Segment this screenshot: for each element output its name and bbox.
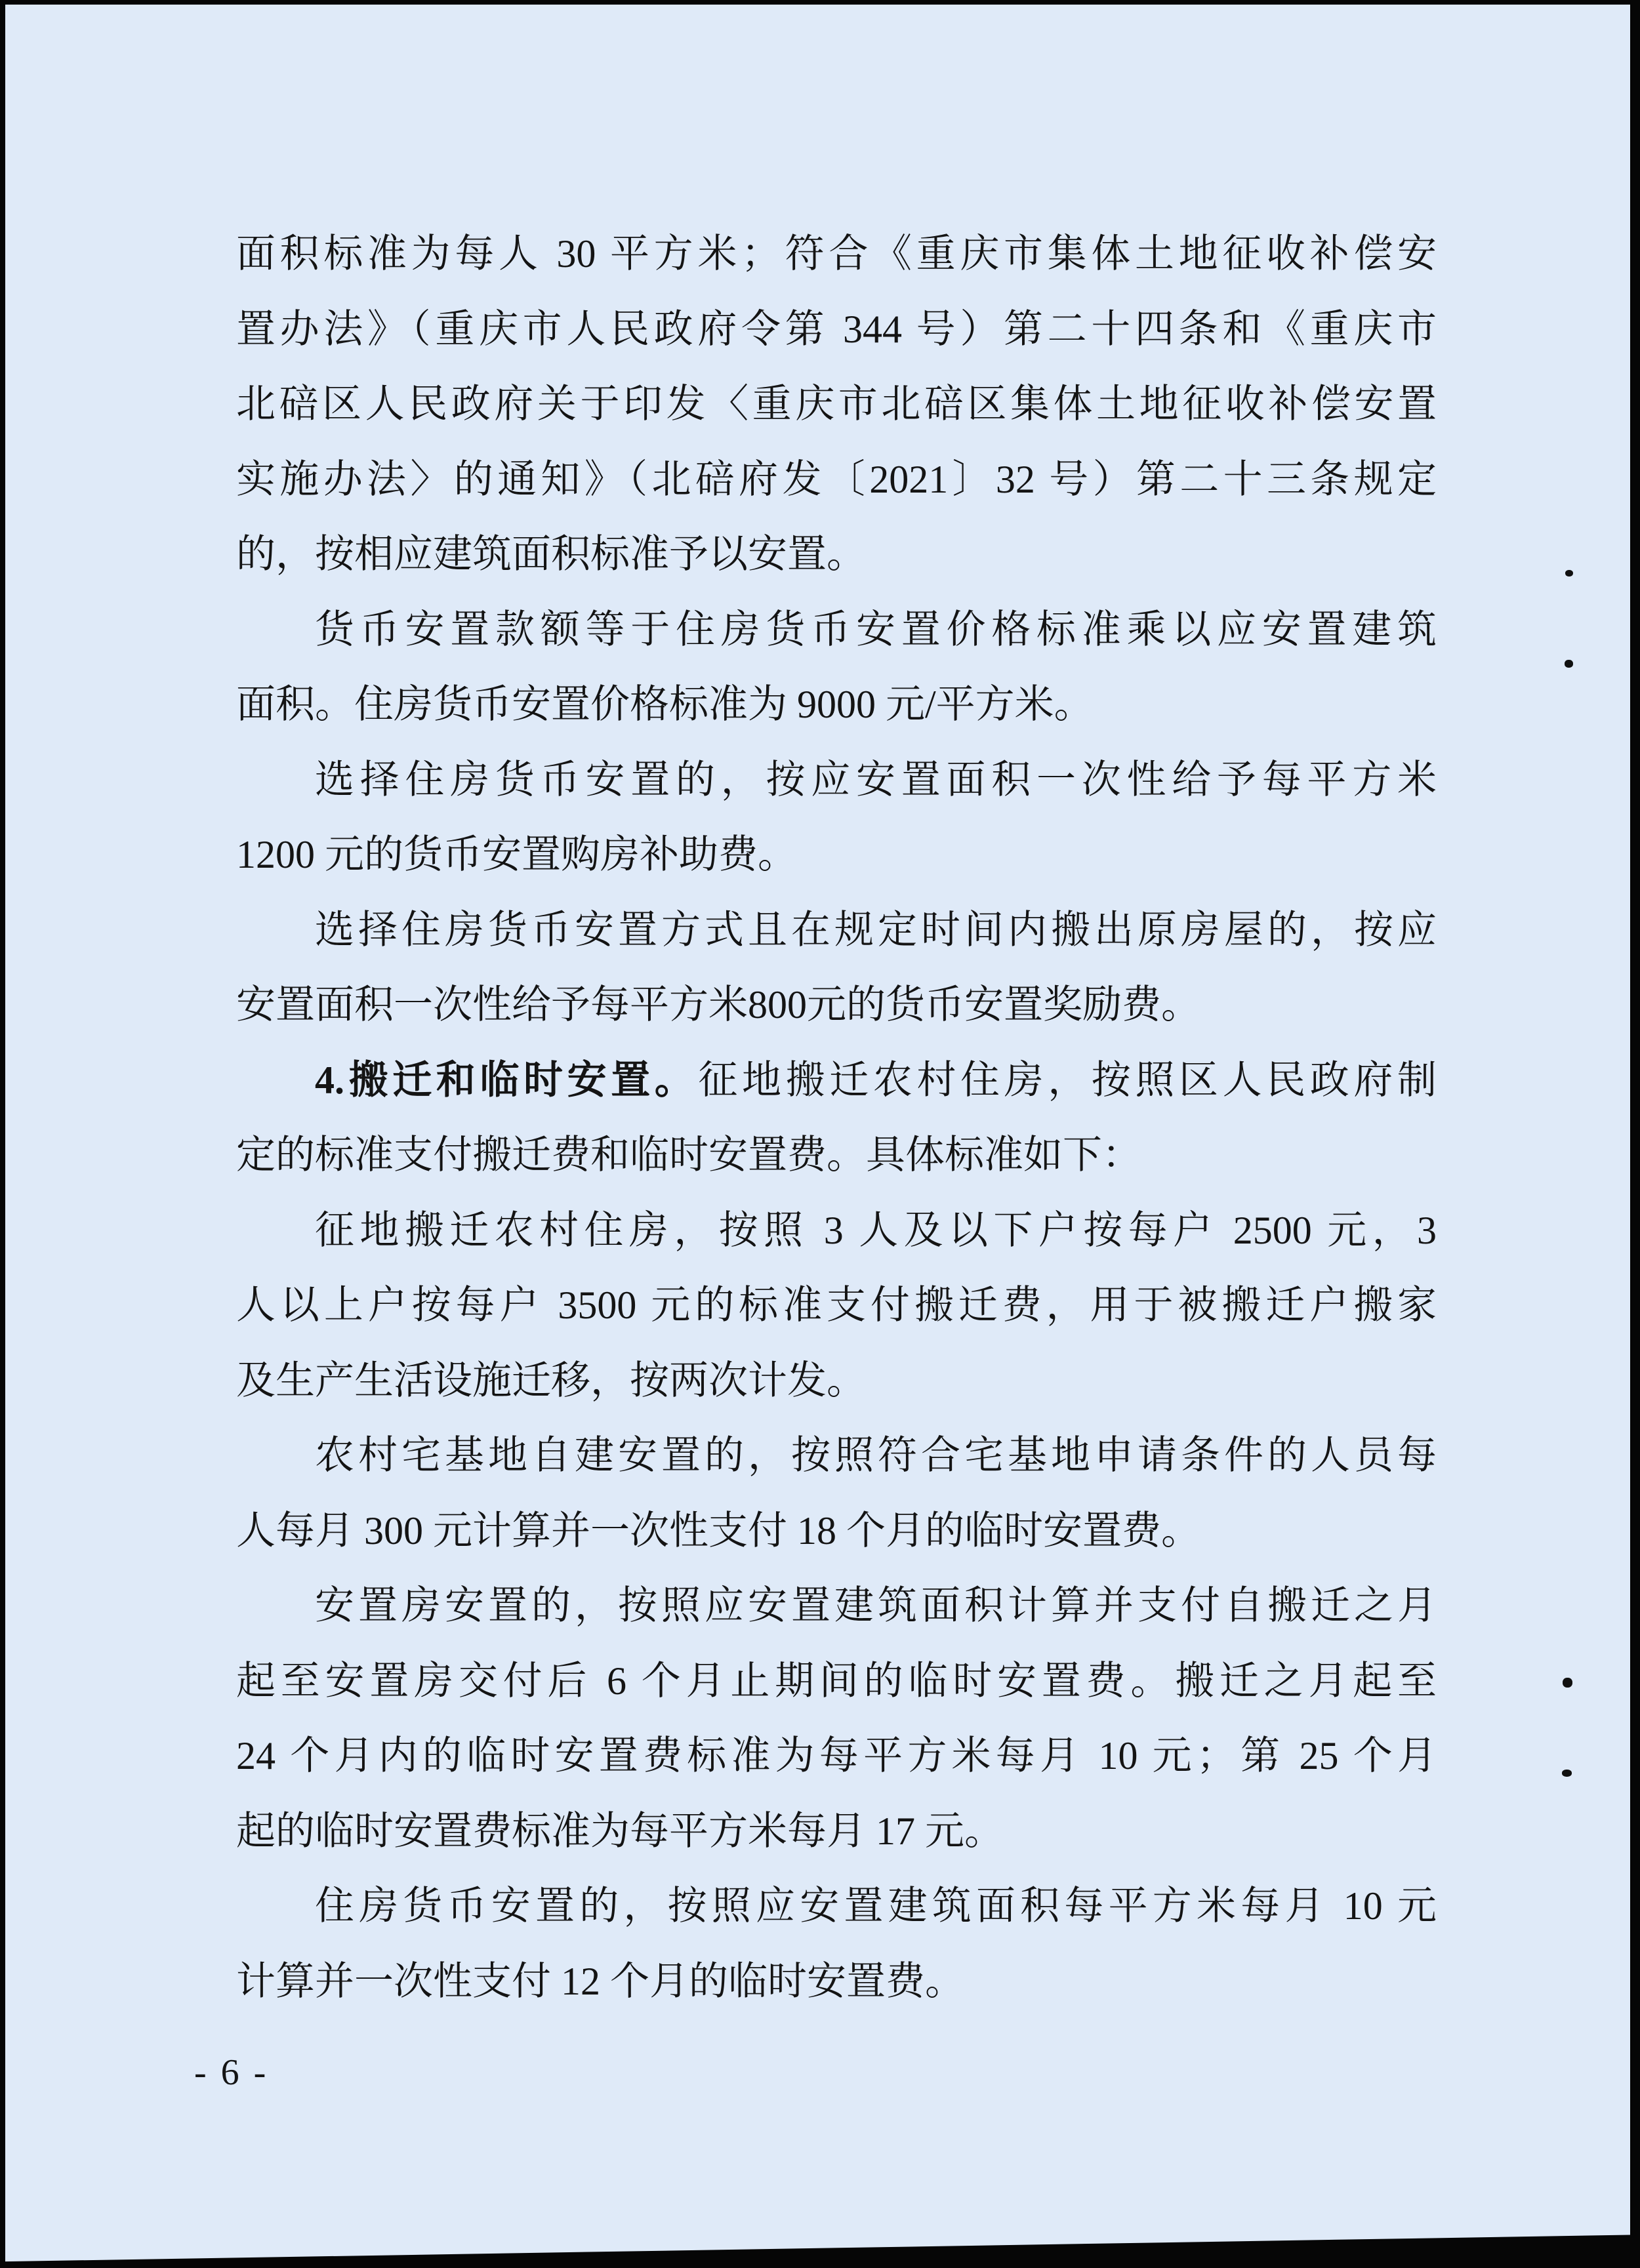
text-line: 24 个月内的临时安置费标准为每平方米每月 10 元；第 25 个月 — [236, 1718, 1437, 1794]
scan-speck — [1565, 570, 1573, 577]
text-line: 1200 元的货币安置购房补助费。 — [236, 817, 1437, 893]
scan-edge-bottom — [0, 2233, 1640, 2268]
page-number: - 6 - — [194, 2053, 268, 2092]
section-heading-bold: 4.搬迁和临时安置。 — [315, 1059, 698, 1102]
text-line: 农村宅基地自建安置的，按照符合宅基地申请条件的人员每 — [236, 1418, 1437, 1493]
document-body: 面积标准为每人 30 平方米；符合《重庆市集体土地征收补偿安置办法》（重庆市人民… — [236, 216, 1437, 2019]
text-line: 安置面积一次性给予每平方米800元的货币安置奖励费。 — [236, 967, 1437, 1043]
text-line: 及生产生活设施迁移，按两次计发。 — [236, 1343, 1437, 1419]
text-line: 住房货币安置的，按照应安置建筑面积每平方米每月 10 元 — [236, 1869, 1437, 1944]
text-line: 选择住房货币安置的，按应安置面积一次性给予每平方米 — [236, 742, 1437, 818]
scan-speck — [1563, 1678, 1572, 1688]
text-line: 征地搬迁农村住房，按照 3 人及以下户按每户 2500 元，3 — [236, 1193, 1437, 1268]
text-line: 计算并一次性支付 12 个月的临时安置费。 — [236, 1944, 1437, 2019]
text-line: 定的标准支付搬迁费和临时安置费。具体标准如下： — [236, 1118, 1437, 1193]
text-line: 面积标准为每人 30 平方米；符合《重庆市集体土地征收补偿安 — [236, 216, 1437, 292]
scan-speck — [1562, 1770, 1572, 1777]
document-page: 面积标准为每人 30 平方米；符合《重庆市集体土地征收补偿安置办法》（重庆市人民… — [0, 0, 1640, 2268]
scan-edge-top — [0, 0, 1640, 5]
text-line: 4.搬迁和临时安置。征地搬迁农村住房，按照区人民政府制 — [236, 1043, 1437, 1118]
text-line: 安置房安置的，按照应安置建筑面积计算并支付自搬迁之月 — [236, 1568, 1437, 1644]
scan-speck — [1565, 660, 1573, 668]
text-line: 人每月 300 元计算并一次性支付 18 个月的临时安置费。 — [236, 1493, 1437, 1569]
text-line: 的，按相应建筑面积标准予以安置。 — [236, 517, 1437, 592]
text-line: 货币安置款额等于住房货币安置价格标准乘以应安置建筑 — [236, 592, 1437, 668]
text-line: 置办法》（重庆市人民政府令第 344 号）第二十四条和《重庆市 — [236, 292, 1437, 367]
scan-edge-right — [1630, 0, 1640, 2268]
text-line: 选择住房货币安置方式且在规定时间内搬出原房屋的，按应 — [236, 893, 1437, 968]
text-line: 实施办法〉的通知》（北碚府发〔2021〕32 号）第二十三条规定 — [236, 442, 1437, 517]
text-line: 面积。住房货币安置价格标准为 9000 元/平方米。 — [236, 667, 1437, 742]
text-line: 起的临时安置费标准为每平方米每月 17 元。 — [236, 1794, 1437, 1869]
text-line: 北碚区人民政府关于印发〈重庆市北碚区集体土地征收补偿安置 — [236, 367, 1437, 442]
text-line: 人以上户按每户 3500 元的标准支付搬迁费，用于被搬迁户搬家 — [236, 1268, 1437, 1343]
scan-edge-left — [0, 0, 5, 2268]
text-line: 起至安置房交付后 6 个月止期间的临时安置费。搬迁之月起至 — [236, 1644, 1437, 1719]
